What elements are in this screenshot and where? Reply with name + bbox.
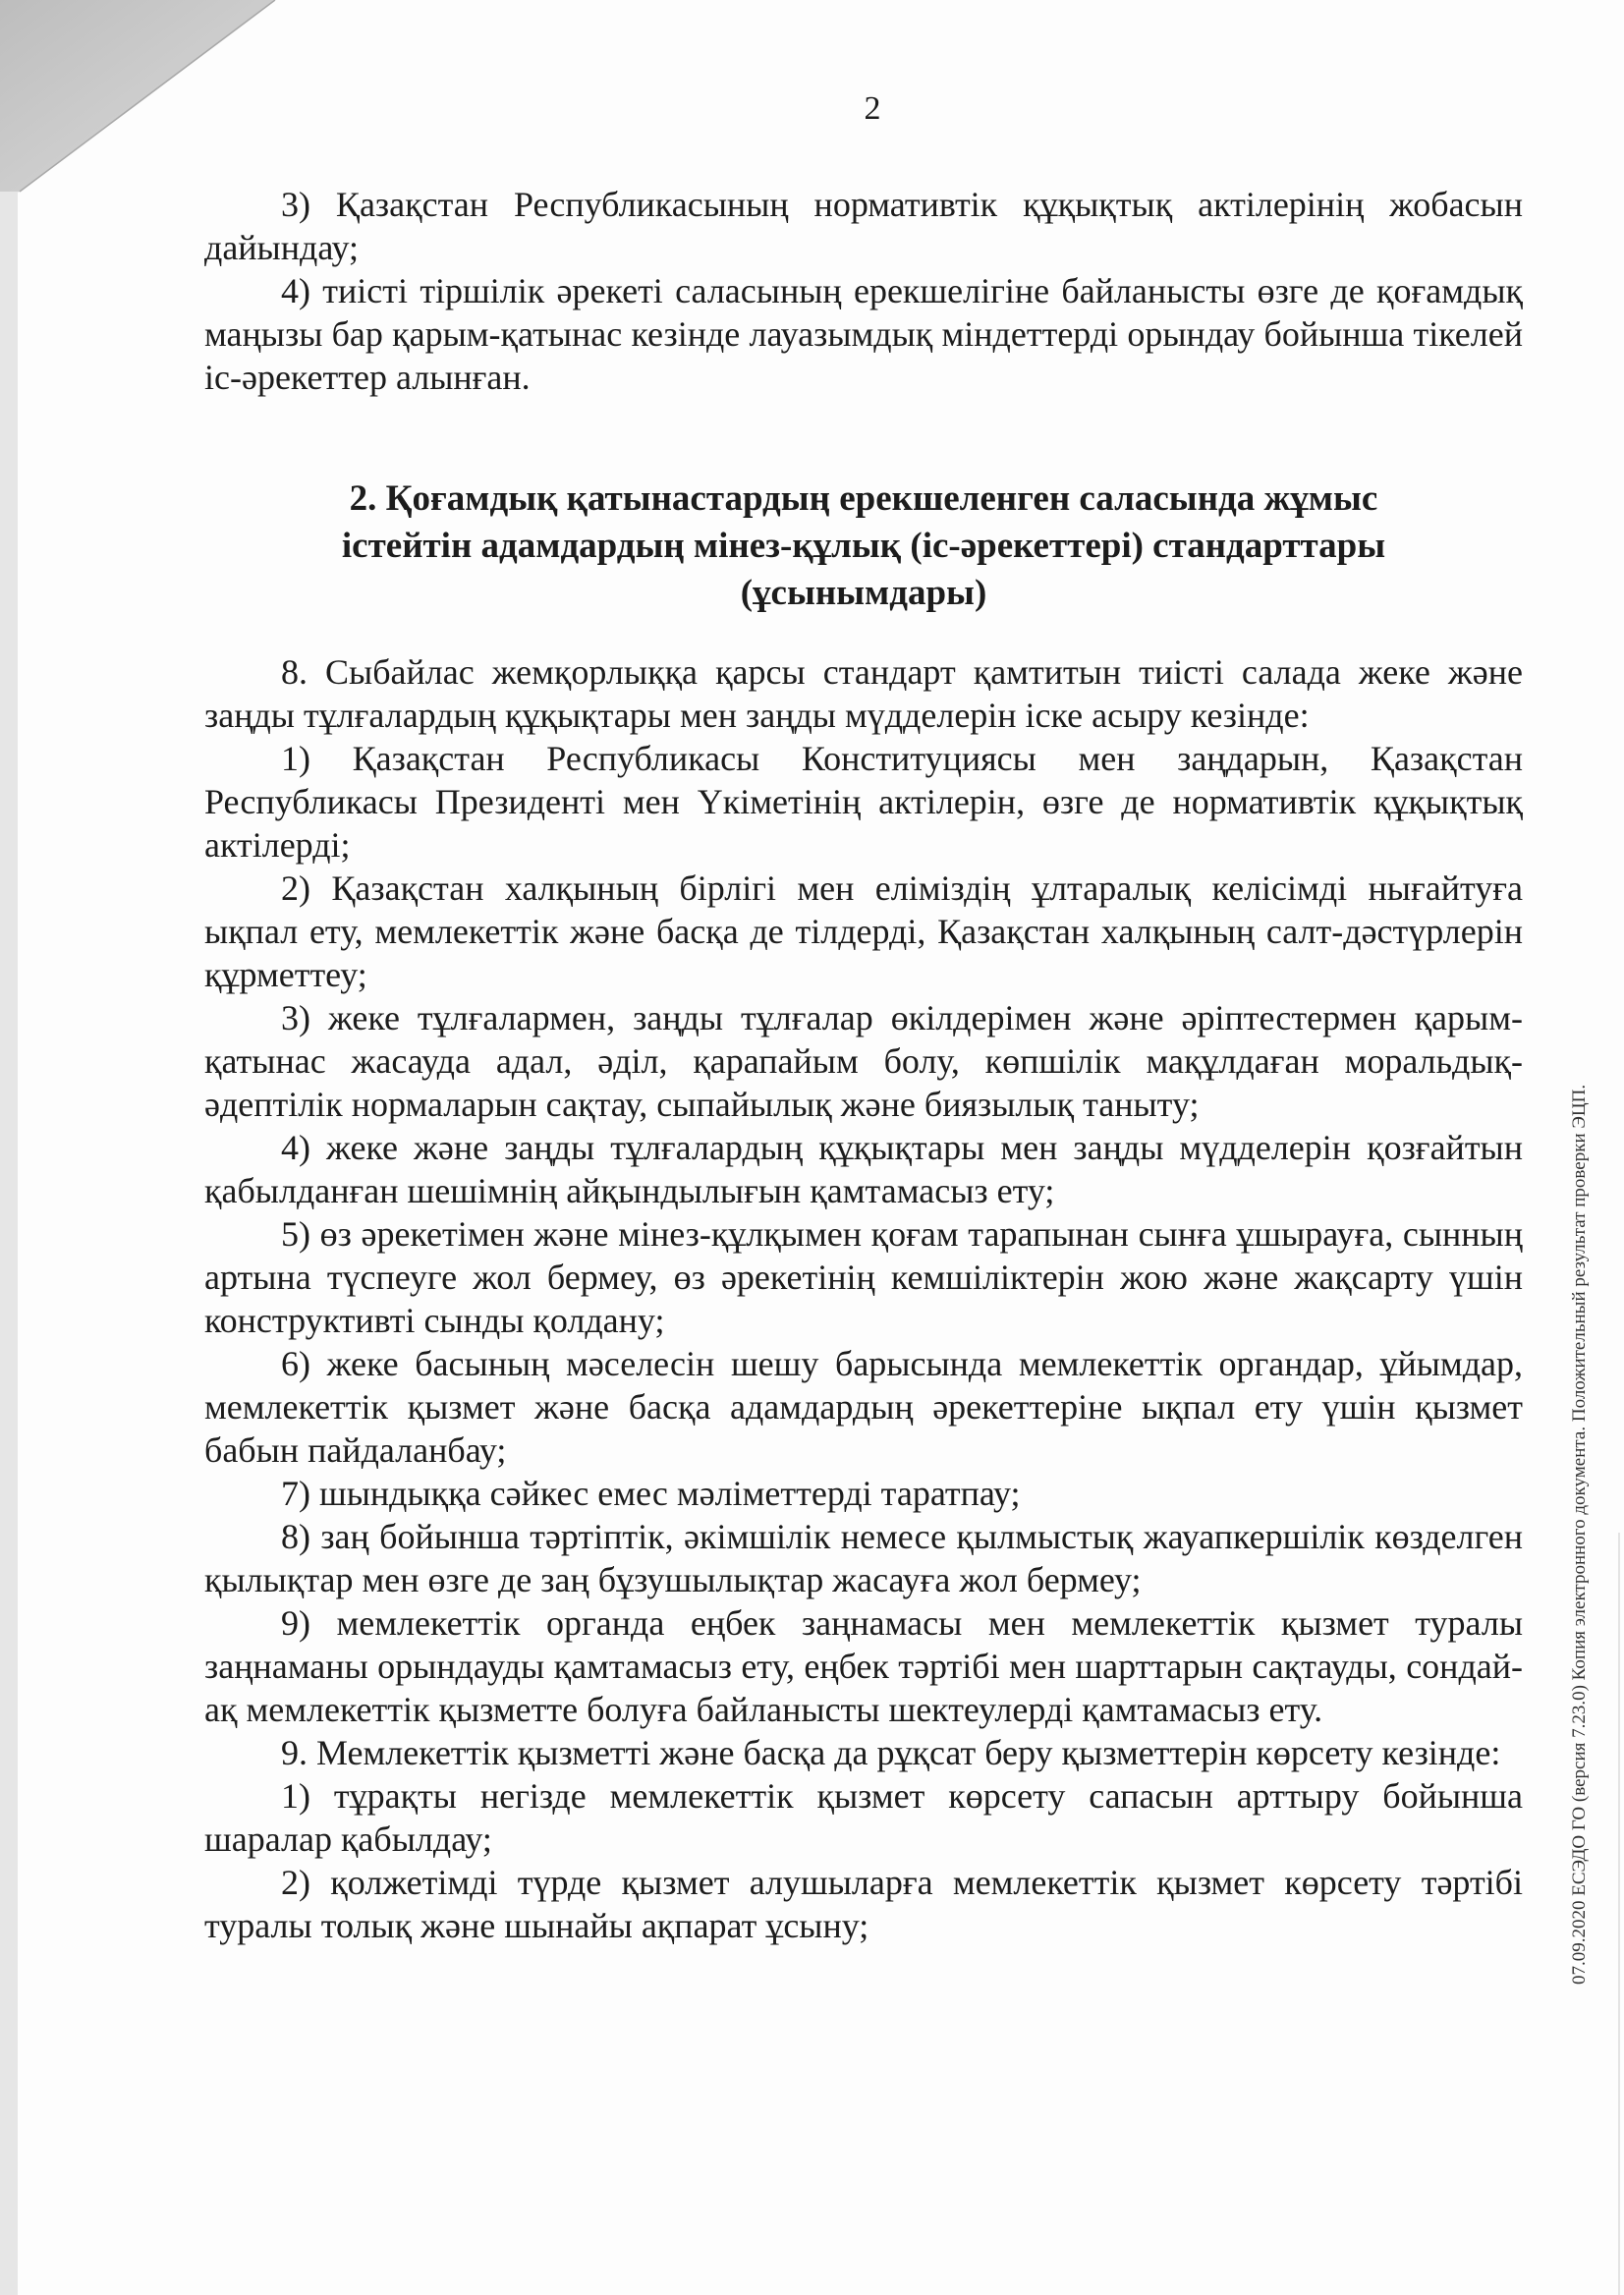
clause-8-item: 1) Қазақстан Республикасы Конституциясы … xyxy=(204,737,1523,867)
edo-verification-stamp: 07.09.2020 ЕСЭДО ГО (версия 7.23.0) Копи… xyxy=(1569,1085,1591,1985)
clause-8-item: 9) мемлекеттік органда еңбек заңнамасы м… xyxy=(204,1601,1523,1731)
section-heading-line: 2. Қоғамдық қатынастардың ерекшеленген с… xyxy=(263,476,1464,523)
clause-8-item: 2) Қазақстан халқының бірлігі мен еліміз… xyxy=(204,867,1523,996)
paragraph: 4) тиісті тіршілік әрекеті саласының ере… xyxy=(204,269,1523,399)
clause-8-item: 4) жеке және заңды тұлғалардың құқықтары… xyxy=(204,1126,1523,1212)
section-heading-line: (ұсынымдары) xyxy=(263,570,1464,617)
scan-edge-line xyxy=(1618,1533,1620,2295)
clause-8-intro: 8. Сыбайлас жемқорлыққа қарсы стандарт қ… xyxy=(204,650,1523,737)
clause-8-item: 5) өз әрекетімен және мінез-құлқымен қоғ… xyxy=(204,1212,1523,1342)
clause-8-item: 7) шындыққа сәйкес емес мәліметтерді тар… xyxy=(204,1472,1523,1515)
clause-8-item: 8) заң бойынша тәртіптік, әкімшілік неме… xyxy=(204,1515,1523,1601)
section-heading-line: істейтін адамдардың мінез-құлық (іс-әрек… xyxy=(263,523,1464,570)
clause-9-item: 1) тұрақты негізде мемлекеттік қызмет кө… xyxy=(204,1774,1523,1861)
document-body: 3) Қазақстан Республикасының нормативтік… xyxy=(204,183,1523,1947)
clause-8-item: 6) жеке басының мәселесін шешу барысында… xyxy=(204,1342,1523,1472)
clause-8-item: 3) жеке тұлғалармен, заңды тұлғалар өкіл… xyxy=(204,996,1523,1126)
page-number: 2 xyxy=(0,90,1624,128)
section-heading: 2. Қоғамдық қатынастардың ерекшеленген с… xyxy=(263,476,1464,617)
paragraph: 3) Қазақстан Республикасының нормативтік… xyxy=(204,183,1523,269)
clause-9-intro: 9. Мемлекеттік қызметті және басқа да рұ… xyxy=(204,1731,1523,1774)
clause-9-item: 2) қолжетімді түрде қызмет алушыларға ме… xyxy=(204,1861,1523,1947)
